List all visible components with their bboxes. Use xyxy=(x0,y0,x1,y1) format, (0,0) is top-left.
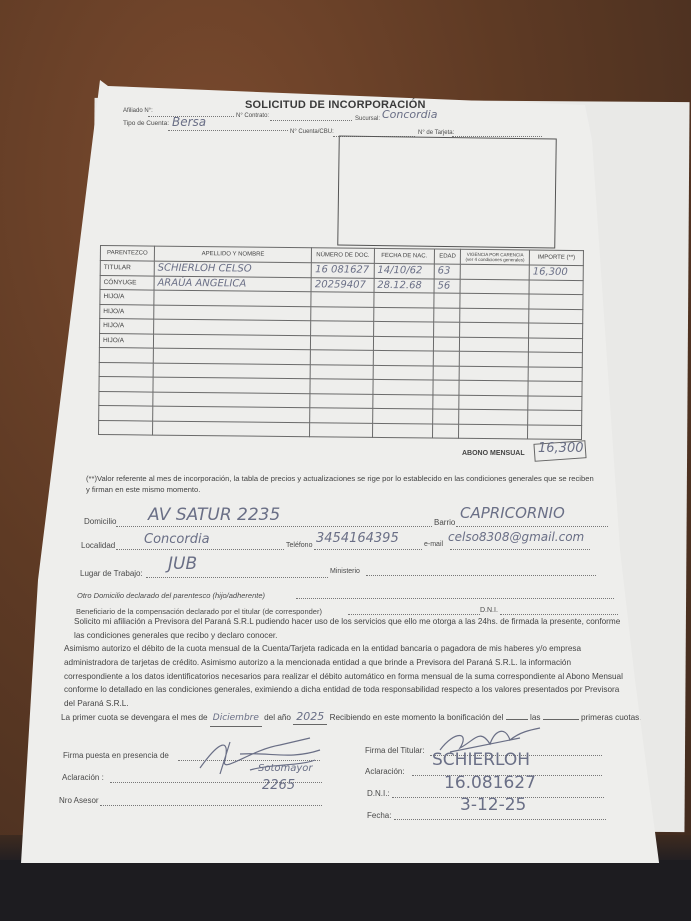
cuota-anio[interactable]: 2025 xyxy=(293,710,327,725)
cell-edad[interactable] xyxy=(433,322,460,337)
cell-importe[interactable] xyxy=(528,424,582,439)
cell-vigencia[interactable] xyxy=(460,308,529,323)
cell-nombre[interactable] xyxy=(153,319,311,335)
asesor-value[interactable]: 2265 xyxy=(262,778,295,793)
cell-doc[interactable] xyxy=(310,364,372,379)
tipo-cuenta-line xyxy=(168,130,288,131)
cell-nacimiento[interactable] xyxy=(372,408,432,423)
cell-edad[interactable] xyxy=(432,423,459,438)
cell-doc[interactable]: 20259407 xyxy=(311,277,373,292)
cell-nacimiento[interactable] xyxy=(373,379,433,394)
cell-nacimiento[interactable] xyxy=(373,365,433,380)
cell-nombre[interactable] xyxy=(153,392,311,408)
beneficiario-dni-label: D.N.I. xyxy=(480,607,498,614)
cell-nombre[interactable] xyxy=(153,377,311,393)
cell-nombre[interactable] xyxy=(152,421,310,437)
cell-edad[interactable] xyxy=(434,307,461,322)
cuota-line: La primer cuota se devengara el mes de D… xyxy=(61,710,661,727)
cell-parentezco xyxy=(99,376,153,391)
cell-parentezco: TITULAR xyxy=(100,261,154,276)
cell-edad[interactable] xyxy=(433,409,460,424)
localidad-value[interactable]: Concordia xyxy=(144,532,210,547)
legal-paragraph-1: Solicito mi afiliación a Previsora del P… xyxy=(74,615,622,643)
email-value[interactable]: celso8308@gmail.com xyxy=(448,530,584,544)
cell-parentezco: HIJO/A xyxy=(99,333,153,348)
domicilio-label: Domicilio xyxy=(84,517,116,526)
cell-doc[interactable] xyxy=(311,321,373,336)
cell-doc[interactable] xyxy=(310,379,372,394)
abono-value[interactable]: 16,300 xyxy=(538,441,584,456)
cell-importe[interactable] xyxy=(528,395,582,410)
cell-importe[interactable] xyxy=(529,308,583,323)
asesor-label: Nro Asesor xyxy=(59,796,99,805)
cell-vigencia[interactable] xyxy=(460,279,529,294)
cell-vigencia[interactable] xyxy=(459,409,528,424)
telefono-label: Teléfono xyxy=(286,542,312,549)
cell-parentezco: HIJO/A xyxy=(100,304,154,319)
cell-nacimiento[interactable] xyxy=(373,321,433,336)
cell-nacimiento[interactable] xyxy=(373,336,433,351)
cell-vigencia[interactable] xyxy=(460,293,529,308)
sucursal-value[interactable]: Concordia xyxy=(382,108,437,121)
cell-nombre[interactable] xyxy=(154,290,312,306)
cell-nombre[interactable] xyxy=(154,305,312,321)
page-code: 8/6 xyxy=(124,82,132,88)
cell-edad[interactable] xyxy=(434,293,461,308)
col-doc: NÚMERO DE DOC. xyxy=(312,248,374,264)
ministerio-field[interactable] xyxy=(366,575,596,576)
cell-parentezco: CÓNYUGE xyxy=(100,275,154,290)
trabajo-value[interactable]: JUB xyxy=(168,554,197,574)
trabajo-line xyxy=(146,577,328,578)
barrio-label: Barrio xyxy=(434,518,455,527)
ministerio-label: Ministerio xyxy=(330,568,360,575)
tipo-cuenta-value[interactable]: Bersa xyxy=(172,115,206,129)
cell-edad[interactable]: 63 xyxy=(434,264,461,279)
footnote: (**)Valor referente al mes de incorporac… xyxy=(86,473,596,495)
cell-doc[interactable] xyxy=(311,292,373,307)
cell-edad[interactable] xyxy=(433,351,460,366)
legal-paragraph-2: Asimismo autorizo el débito de la cuota … xyxy=(64,642,630,711)
cell-vigencia[interactable] xyxy=(460,351,529,366)
cell-doc[interactable] xyxy=(311,335,373,350)
presencia-label: Firma puesta en presencia de xyxy=(63,751,169,760)
cell-vigencia[interactable] xyxy=(459,395,528,410)
photo-box xyxy=(337,135,557,248)
cell-importe[interactable] xyxy=(529,279,583,294)
otro-domicilio-label: Otro Domicilio declarado del parentesco … xyxy=(77,591,265,600)
cell-nacimiento[interactable]: 14/10/62 xyxy=(374,263,434,278)
col-nacimiento: FECHA DE NAC. xyxy=(374,248,434,264)
cell-nacimiento[interactable] xyxy=(373,350,433,365)
cell-parentezco xyxy=(99,362,153,377)
cell-nombre[interactable]: ARAÚA ANGELICA xyxy=(154,276,312,292)
fecha-line xyxy=(394,819,606,820)
cell-vigencia[interactable] xyxy=(459,380,528,395)
cuota-prefix: La primer cuota se devengara el mes de xyxy=(61,713,208,722)
cell-doc[interactable] xyxy=(311,350,373,365)
trabajo-label: Lugar de Trabajo: xyxy=(80,569,143,578)
cell-doc[interactable] xyxy=(310,408,372,423)
abono-label: ABONO MENSUAL xyxy=(462,450,525,457)
cell-nacimiento[interactable] xyxy=(373,394,433,409)
telefono-value[interactable]: 3454164395 xyxy=(316,531,399,546)
cuenta-cbu-label: N° Cuenta/CBU: xyxy=(290,129,334,135)
cell-edad[interactable]: 56 xyxy=(434,279,461,294)
cell-parentezco: HIJO/A xyxy=(100,319,154,334)
tipo-cuenta-label: Tipo de Cuenta: xyxy=(123,120,169,127)
cell-importe[interactable] xyxy=(529,323,583,338)
otro-domicilio-field[interactable] xyxy=(296,598,614,599)
telefono-line xyxy=(314,549,422,550)
dni-value[interactable]: 16.081627 xyxy=(444,773,536,793)
cell-doc[interactable] xyxy=(311,306,373,321)
titular-label: Firma del Titular: xyxy=(365,746,425,755)
cell-parentezco: HIJO/A xyxy=(100,290,154,305)
col-nombre: APELLIDO Y NOMBRE xyxy=(154,246,312,263)
dni-label: D.N.I.: xyxy=(367,789,390,798)
aclaracion-left-value[interactable]: Sotomayor xyxy=(258,763,313,774)
barrio-line xyxy=(456,526,608,527)
cell-parentezco xyxy=(99,347,153,362)
cell-nombre[interactable] xyxy=(153,334,311,350)
col-vigencia: VIGENCIA POR CARENCIA (ver 4 condiciones… xyxy=(461,249,530,265)
cell-nombre[interactable]: SCHIERLOH CELSO xyxy=(154,261,312,277)
cuota-mes[interactable]: Diciembre xyxy=(210,712,262,727)
localidad-label: Localidad xyxy=(81,541,115,550)
cell-importe[interactable]: 16,300 xyxy=(529,265,583,280)
cell-vigencia[interactable] xyxy=(460,337,529,352)
tarjeta-label: N° de Tarjeta: xyxy=(418,130,454,136)
cell-parentezco xyxy=(99,405,153,420)
application-form: 8/6 SOLICITUD DE INCORPORACIÓN Afiliado … xyxy=(20,80,675,863)
email-line xyxy=(450,549,590,550)
barrio-value[interactable]: CAPRICORNIO xyxy=(460,504,565,522)
cell-parentezco xyxy=(99,420,153,435)
col-edad: EDAD xyxy=(434,249,461,264)
cell-nombre[interactable] xyxy=(153,406,311,422)
cell-importe[interactable] xyxy=(529,294,583,309)
fecha-value[interactable]: 3-12-25 xyxy=(460,795,526,815)
asesor-line xyxy=(100,805,322,806)
aclaracion-left-label: Aclaración : xyxy=(62,773,104,782)
aclaracion-right-label: Aclaración: xyxy=(365,767,405,776)
aclaracion-right-value[interactable]: SCHIERLOH xyxy=(432,750,530,770)
domicilio-line xyxy=(116,526,432,527)
cell-edad[interactable] xyxy=(433,394,460,409)
cell-nacimiento[interactable] xyxy=(373,307,433,322)
dark-floor xyxy=(0,860,691,921)
cell-nombre[interactable] xyxy=(153,348,311,364)
cell-importe[interactable] xyxy=(528,366,582,381)
cell-vigencia[interactable] xyxy=(460,322,529,337)
cuota-anio-label: del año xyxy=(264,713,291,722)
cell-parentezco xyxy=(99,391,153,406)
fecha-label: Fecha: xyxy=(367,811,391,820)
cell-importe[interactable] xyxy=(528,337,582,352)
cell-importe[interactable] xyxy=(528,381,582,396)
cell-doc[interactable] xyxy=(310,422,372,437)
cell-nacimiento[interactable] xyxy=(374,292,434,307)
cell-edad[interactable] xyxy=(433,336,460,351)
cell-nombre[interactable] xyxy=(153,363,311,379)
domicilio-value[interactable]: AV SATUR 2235 xyxy=(148,505,280,525)
bonif-suffix: primeras cuotas.- xyxy=(581,713,644,722)
cell-nacimiento[interactable]: 28.12.68 xyxy=(374,278,434,293)
contrato-label: N° Contrato: xyxy=(236,113,269,119)
col-importe: IMPORTE (**) xyxy=(529,250,583,266)
cell-importe[interactable] xyxy=(528,410,582,425)
cell-doc[interactable]: 16 081627 xyxy=(312,263,374,278)
cell-nacimiento[interactable] xyxy=(372,423,432,438)
cell-edad[interactable] xyxy=(433,365,460,380)
col-parentezco: PARENTEZCO xyxy=(100,246,154,262)
email-label: e-mail xyxy=(424,541,443,548)
contrato-field[interactable] xyxy=(270,120,352,121)
cell-edad[interactable] xyxy=(433,380,460,395)
afiliado-label: Afiliado N°: xyxy=(123,108,153,114)
cell-vigencia[interactable] xyxy=(459,424,528,439)
sucursal-label: Sucursal: xyxy=(355,116,380,122)
members-table: PARENTEZCO APELLIDO Y NOMBRE NÚMERO DE D… xyxy=(98,245,584,440)
localidad-line xyxy=(116,549,284,550)
cell-vigencia[interactable] xyxy=(459,366,528,381)
cell-importe[interactable] xyxy=(528,352,582,367)
cell-doc[interactable] xyxy=(310,393,372,408)
cell-vigencia[interactable] xyxy=(461,264,530,279)
